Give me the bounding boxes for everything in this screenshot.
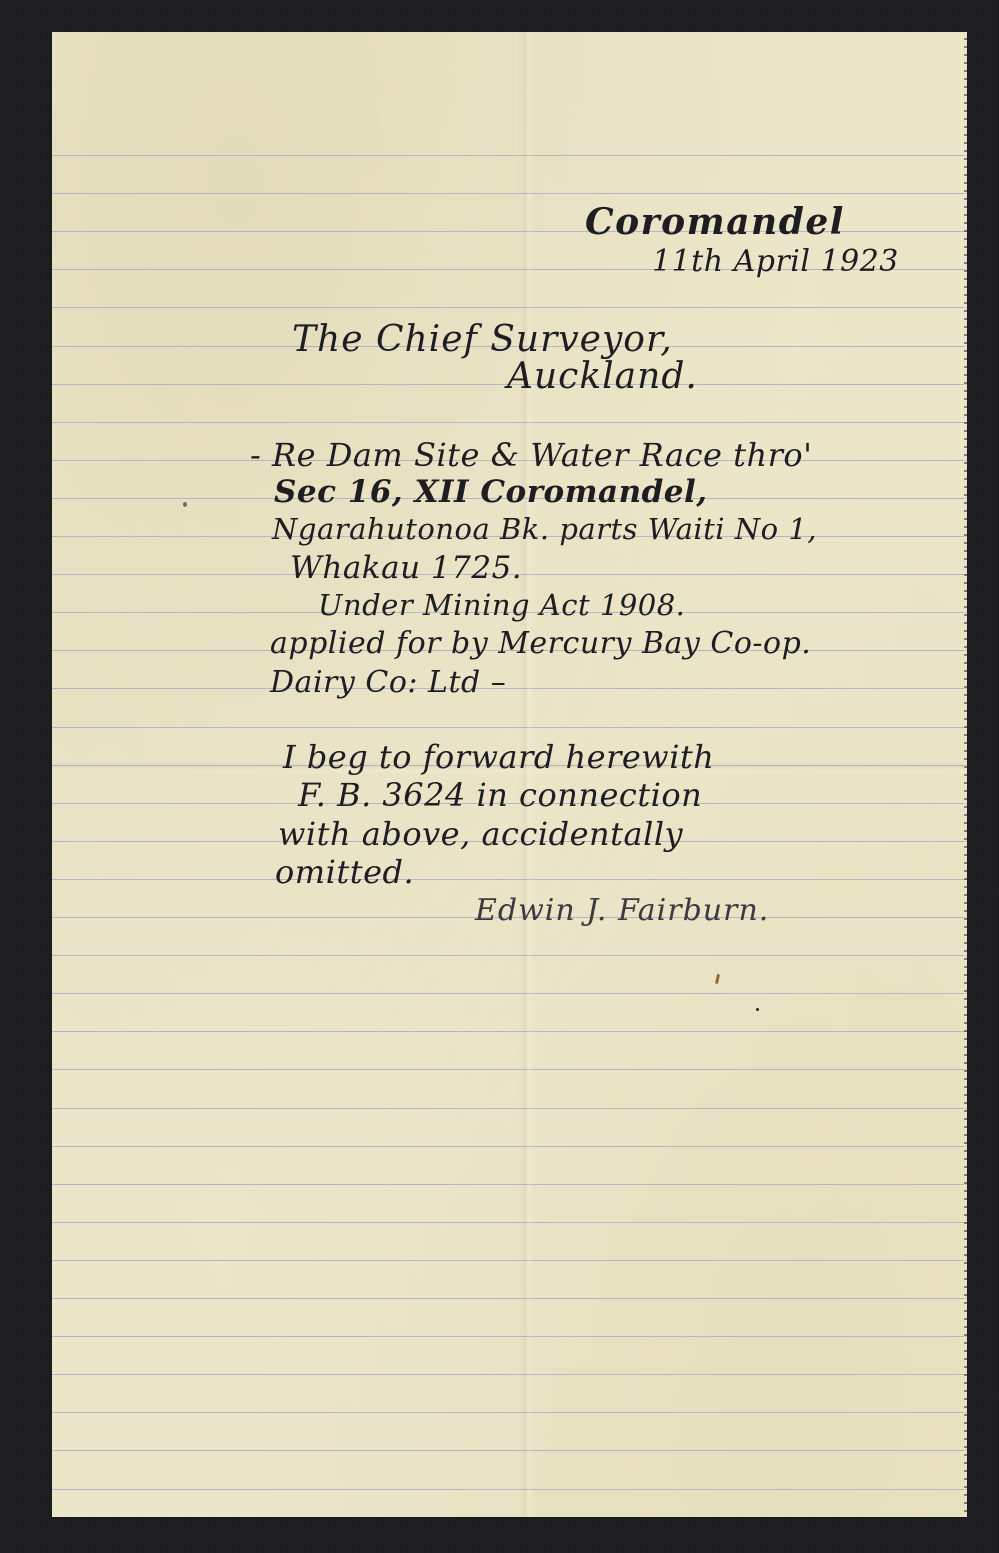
subject-line-6: applied for by Mercury Bay Co-op. <box>270 629 811 659</box>
ruled-line <box>52 1260 967 1261</box>
body-line-1: I beg to forward herewith <box>283 741 714 773</box>
subject-line-3: Ngarahutonoa Bk. parts Waiti No 1, <box>272 515 817 544</box>
subject-line-5: Under Mining Act 1908. <box>318 591 685 620</box>
ruled-line <box>52 155 967 156</box>
ruled-line <box>52 993 967 994</box>
signature: Edwin J. Fairburn. <box>475 896 769 926</box>
letter-place: Coromandel <box>585 204 845 240</box>
torn-right-edge <box>964 32 967 1517</box>
ink-dot <box>756 1008 759 1011</box>
addressee-title: The Chief Surveyor, <box>292 322 673 358</box>
ruled-line <box>52 1031 967 1032</box>
subject-line-7: Dairy Co: Ltd – <box>270 668 506 698</box>
letter-date: 11th April 1923 <box>652 247 899 277</box>
body-line-3: with above, accidentally <box>278 818 683 850</box>
subject-line-2: Sec 16, XII Coromandel, <box>274 477 708 508</box>
ruled-line <box>52 727 967 728</box>
ruled-line <box>52 193 967 194</box>
ruled-line <box>52 1298 967 1299</box>
ruled-line <box>52 1146 967 1147</box>
ruled-line <box>52 1412 967 1413</box>
subject-line-4: Whakau 1725. <box>290 553 522 584</box>
ruled-line <box>52 1489 967 1490</box>
ink-speck <box>183 502 187 507</box>
letter-sheet: Coromandel 11th April 1923 The Chief Sur… <box>52 32 967 1517</box>
body-line-2: F. B. 3624 in connection <box>298 779 702 811</box>
ruled-line <box>52 1450 967 1451</box>
ruled-line <box>52 1222 967 1223</box>
ruled-line <box>52 955 967 956</box>
subject-line-1: - Re Dam Site & Water Race thro' <box>250 439 812 471</box>
ruled-line <box>52 688 967 689</box>
ruled-line <box>52 1108 967 1109</box>
ruled-line <box>52 1069 967 1070</box>
ruled-line <box>52 1374 967 1375</box>
ruled-line <box>52 307 967 308</box>
ruled-line <box>52 1184 967 1185</box>
body-line-4: omitted. <box>275 856 414 888</box>
ruled-line <box>52 1336 967 1337</box>
ruled-line <box>52 422 967 423</box>
ruled-line <box>52 879 967 880</box>
addressee-city: Auckland. <box>507 359 698 395</box>
